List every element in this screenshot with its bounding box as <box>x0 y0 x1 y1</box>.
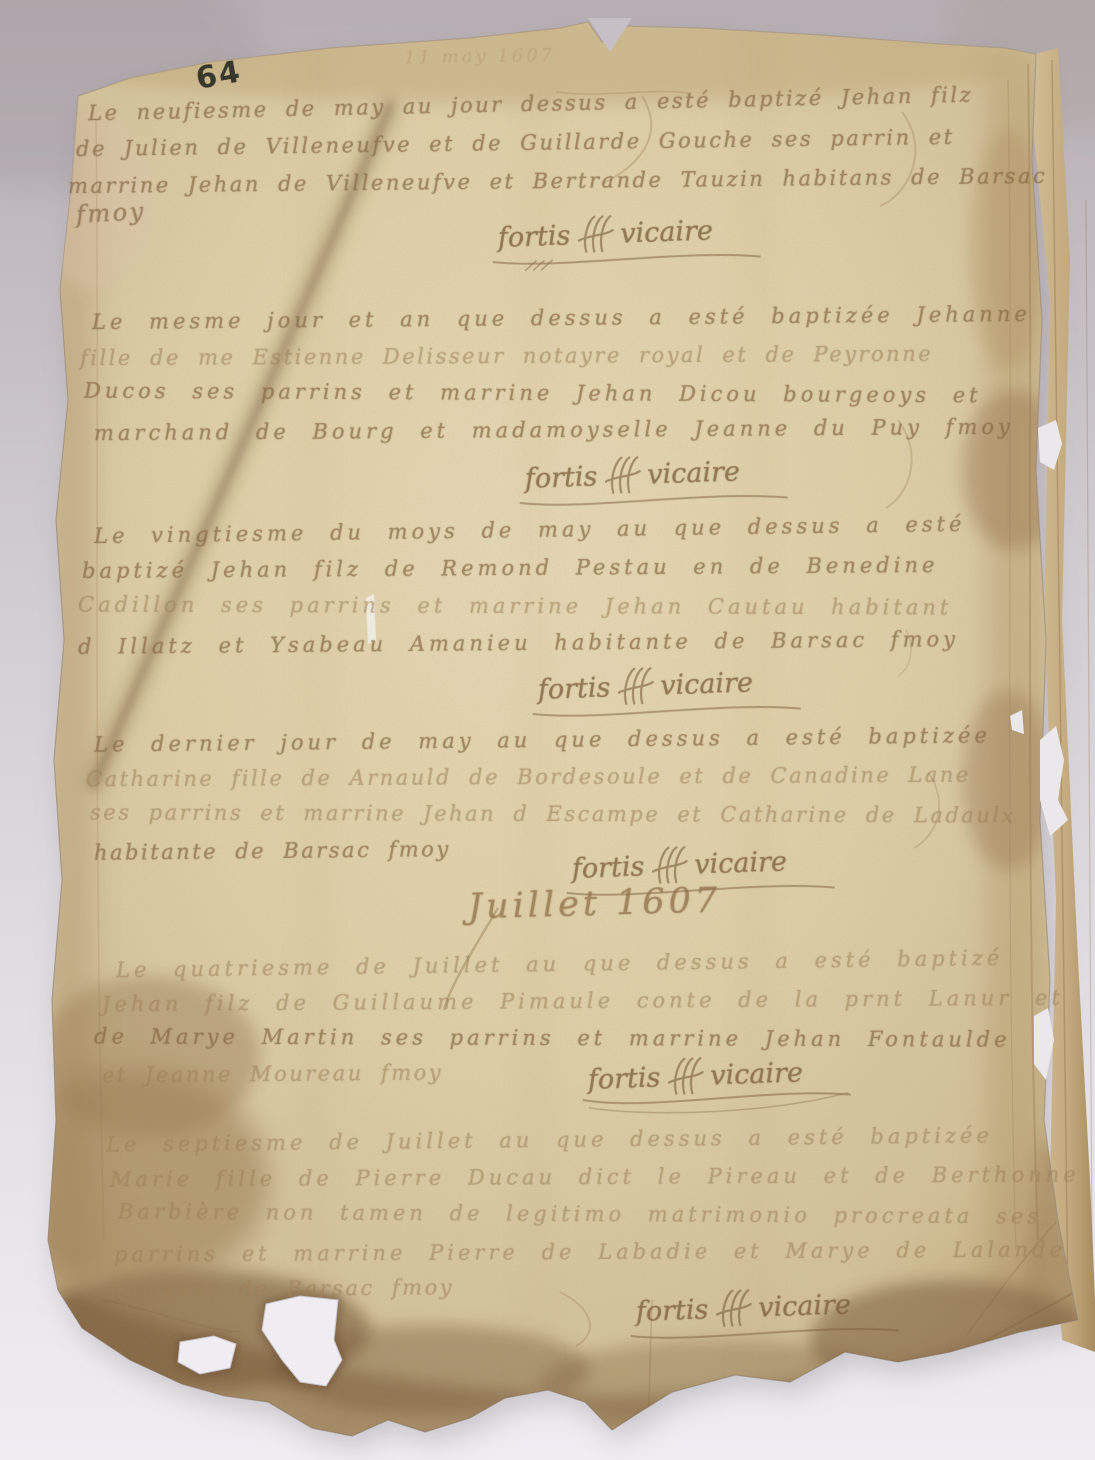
notarial-paraph-icon <box>604 455 641 496</box>
priest-signature: fortis vicaire <box>635 1284 852 1341</box>
manuscript-photo: 64 11 may 1607 Le neufiesme de may au jo… <box>0 0 1095 1460</box>
manuscript-line: Marie fille de Pierre Ducau dict le Pire… <box>110 1162 1080 1191</box>
manuscript-line: baptizé Jehan filz de Remond Pestau en d… <box>82 553 939 583</box>
header-date: 11 may 1607 <box>404 45 555 69</box>
priest-signature: fortis vicaire <box>497 210 714 267</box>
manuscript-line: habitans de Barsac fmoy <box>110 1275 454 1303</box>
manuscript-line: de Marye Martin ses parrins et marrine J… <box>94 1024 1011 1051</box>
manuscript-line: Catharine fille de Arnauld de Bordesoule… <box>86 763 971 792</box>
manuscript-line: Le mesme jour et an que dessus a esté ba… <box>92 302 1031 334</box>
manuscript-line: Le dernier jour de may au que dessus a e… <box>94 723 991 756</box>
manuscript-line: parrins et marrine Pierre de Labadie et … <box>114 1238 1066 1267</box>
priest-signature: fortis vicaire <box>537 662 754 719</box>
priest-signature: fortis vicaire <box>587 1052 804 1109</box>
manuscript-line: marchand de Bourg et madamoyselle Jeanne… <box>94 415 1014 445</box>
manuscript-line: fmoy <box>75 197 146 229</box>
notarial-paraph-icon <box>651 845 688 886</box>
manuscript-line: Cadillon ses parrins et marrine Jehan Ca… <box>78 592 952 619</box>
signature-name: fortis <box>635 1294 709 1328</box>
notarial-paraph-icon <box>715 1288 752 1329</box>
signature-title: vicaire <box>758 1289 852 1323</box>
signature-title: vicaire <box>694 846 788 880</box>
manuscript-line: et Jeanne Moureau fmoy <box>102 1061 443 1088</box>
manuscript-text: 64 11 may 1607 Le neufiesme de may au jo… <box>0 0 1095 1460</box>
manuscript-line: Barbière non tamen de legitimo matrimoni… <box>118 1200 1042 1229</box>
manuscript-line: marrine Jehan de Villeneufve et Bertrand… <box>68 164 1047 198</box>
manuscript-line: de Julien de Villeneufve et de Guillarde… <box>76 125 955 161</box>
signature-name: fortis <box>497 220 571 254</box>
signature-name: fortis <box>537 672 611 706</box>
month-heading: Juillet 1607 <box>468 881 722 928</box>
folio-stamp: 64 <box>193 54 244 96</box>
signature-title: vicaire <box>620 215 714 249</box>
signature-title: vicaire <box>660 667 754 701</box>
notarial-paraph-icon <box>617 666 654 707</box>
notarial-paraph-icon <box>577 214 614 255</box>
manuscript-line: habitante de Barsac fmoy <box>94 837 451 865</box>
signature-name: fortis <box>571 851 645 885</box>
manuscript-line: Le septiesme de Juillet au que dessus a … <box>106 1123 993 1156</box>
manuscript-line: Le quatriesme de Juillet au que dessus a… <box>116 946 1004 982</box>
signature-name: fortis <box>524 461 598 495</box>
manuscript-line: Le vingtiesme du moys de may au que dess… <box>94 512 966 548</box>
manuscript-line: ses parrins et marrine Jehan d Escampe e… <box>90 800 1016 827</box>
manuscript-line: Ducos ses parrins et marrine Jehan Dicou… <box>84 379 982 408</box>
priest-signature: fortis vicaire <box>524 451 741 508</box>
manuscript-line: Jehan filz de Guillaume Pimaule conte de… <box>102 986 1064 1017</box>
manuscript-line: d Illatz et Ysabeau Amanieu habitante de… <box>78 627 959 659</box>
manuscript-line: fille de me Estienne Delisseur notayre r… <box>80 342 933 370</box>
signature-title: vicaire <box>647 456 741 490</box>
